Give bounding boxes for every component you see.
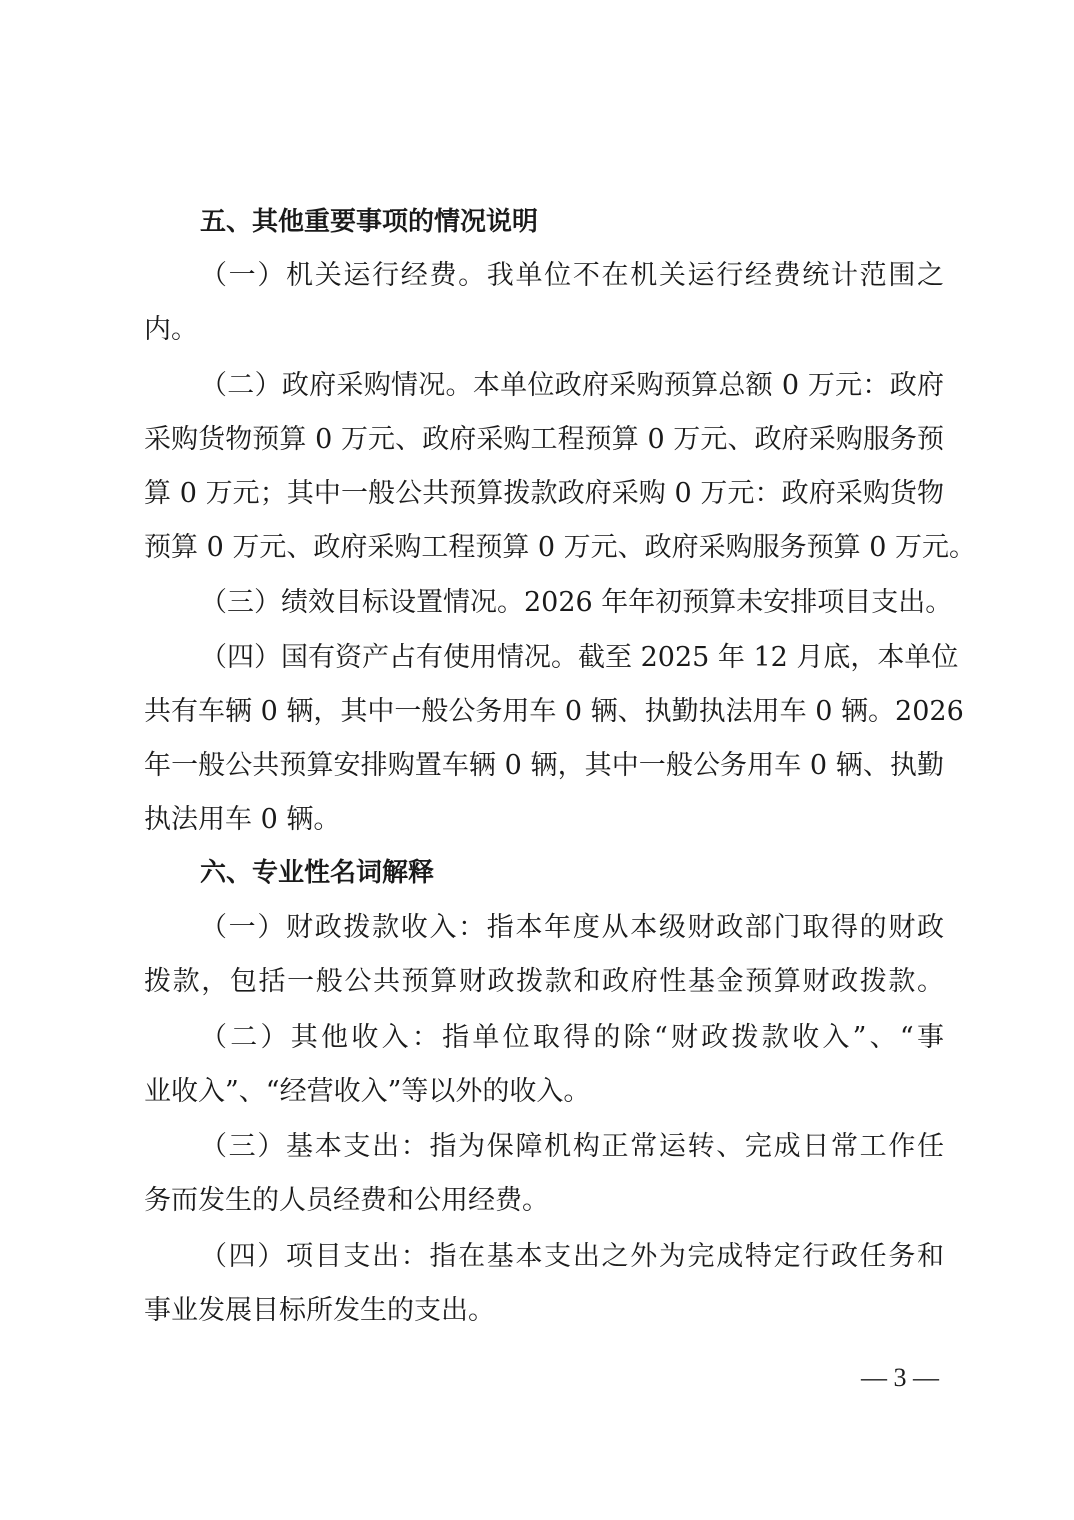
document-page: 五、其他重要事项的情况说明 （一）机关运行经费。我单位不在机关运行经费统计范围之…	[0, 0, 1074, 1520]
paragraph-line: 务而发生的人员经费和公用经费。	[144, 1181, 944, 1221]
paragraph-line: 采购货物预算 0 万元、政府采购工程预算 0 万元、政府采购服务预	[144, 420, 944, 460]
paragraph-line: 年一般公共预算安排购置车辆 0 辆，其中一般公务用车 0 辆、执勤	[144, 746, 944, 786]
paragraph-line: （三）基本支出：指为保障机构正常运转、完成日常工作任	[200, 1127, 944, 1167]
paragraph-line: （二）其他收入：指单位取得的除“财政拨款收入”、“事	[200, 1018, 944, 1058]
paragraph-line: 拨款，包括一般公共预算财政拨款和政府性基金预算财政拨款。	[144, 962, 944, 1002]
paragraph-line: 预算 0 万元、政府采购工程预算 0 万元、政府采购服务预算 0 万元。	[144, 528, 944, 568]
paragraph-line: （二）政府采购情况。本单位政府采购预算总额 0 万元：政府	[200, 366, 944, 406]
paragraph-line: （四）国有资产占有使用情况。截至 2025 年 12 月底，本单位	[200, 638, 944, 678]
paragraph-line: 内。	[144, 310, 944, 350]
paragraph-line: （三）绩效目标设置情况。2026 年年初预算未安排项目支出。	[200, 583, 944, 623]
paragraph-line: 业收入”、“经营收入”等以外的收入。	[144, 1072, 944, 1112]
paragraph-line: （一）机关运行经费。我单位不在机关运行经费统计范围之	[200, 256, 944, 296]
page-number: — 3 —	[850, 1360, 950, 1396]
paragraph-line: 执法用车 0 辆。	[144, 800, 944, 840]
paragraph-line: （四）项目支出：指在基本支出之外为完成特定行政任务和	[200, 1237, 944, 1277]
paragraph-line: 事业发展目标所发生的支出。	[144, 1291, 944, 1331]
section-heading-5: 五、其他重要事项的情况说明	[200, 202, 944, 242]
paragraph-line: （一）财政拨款收入：指本年度从本级财政部门取得的财政	[200, 908, 944, 948]
paragraph-line: 算 0 万元；其中一般公共预算拨款政府采购 0 万元：政府采购货物	[144, 474, 944, 514]
paragraph-line: 共有车辆 0 辆，其中一般公务用车 0 辆、执勤执法用车 0 辆。2026	[144, 692, 944, 732]
section-heading-6: 六、专业性名词解释	[200, 853, 944, 893]
